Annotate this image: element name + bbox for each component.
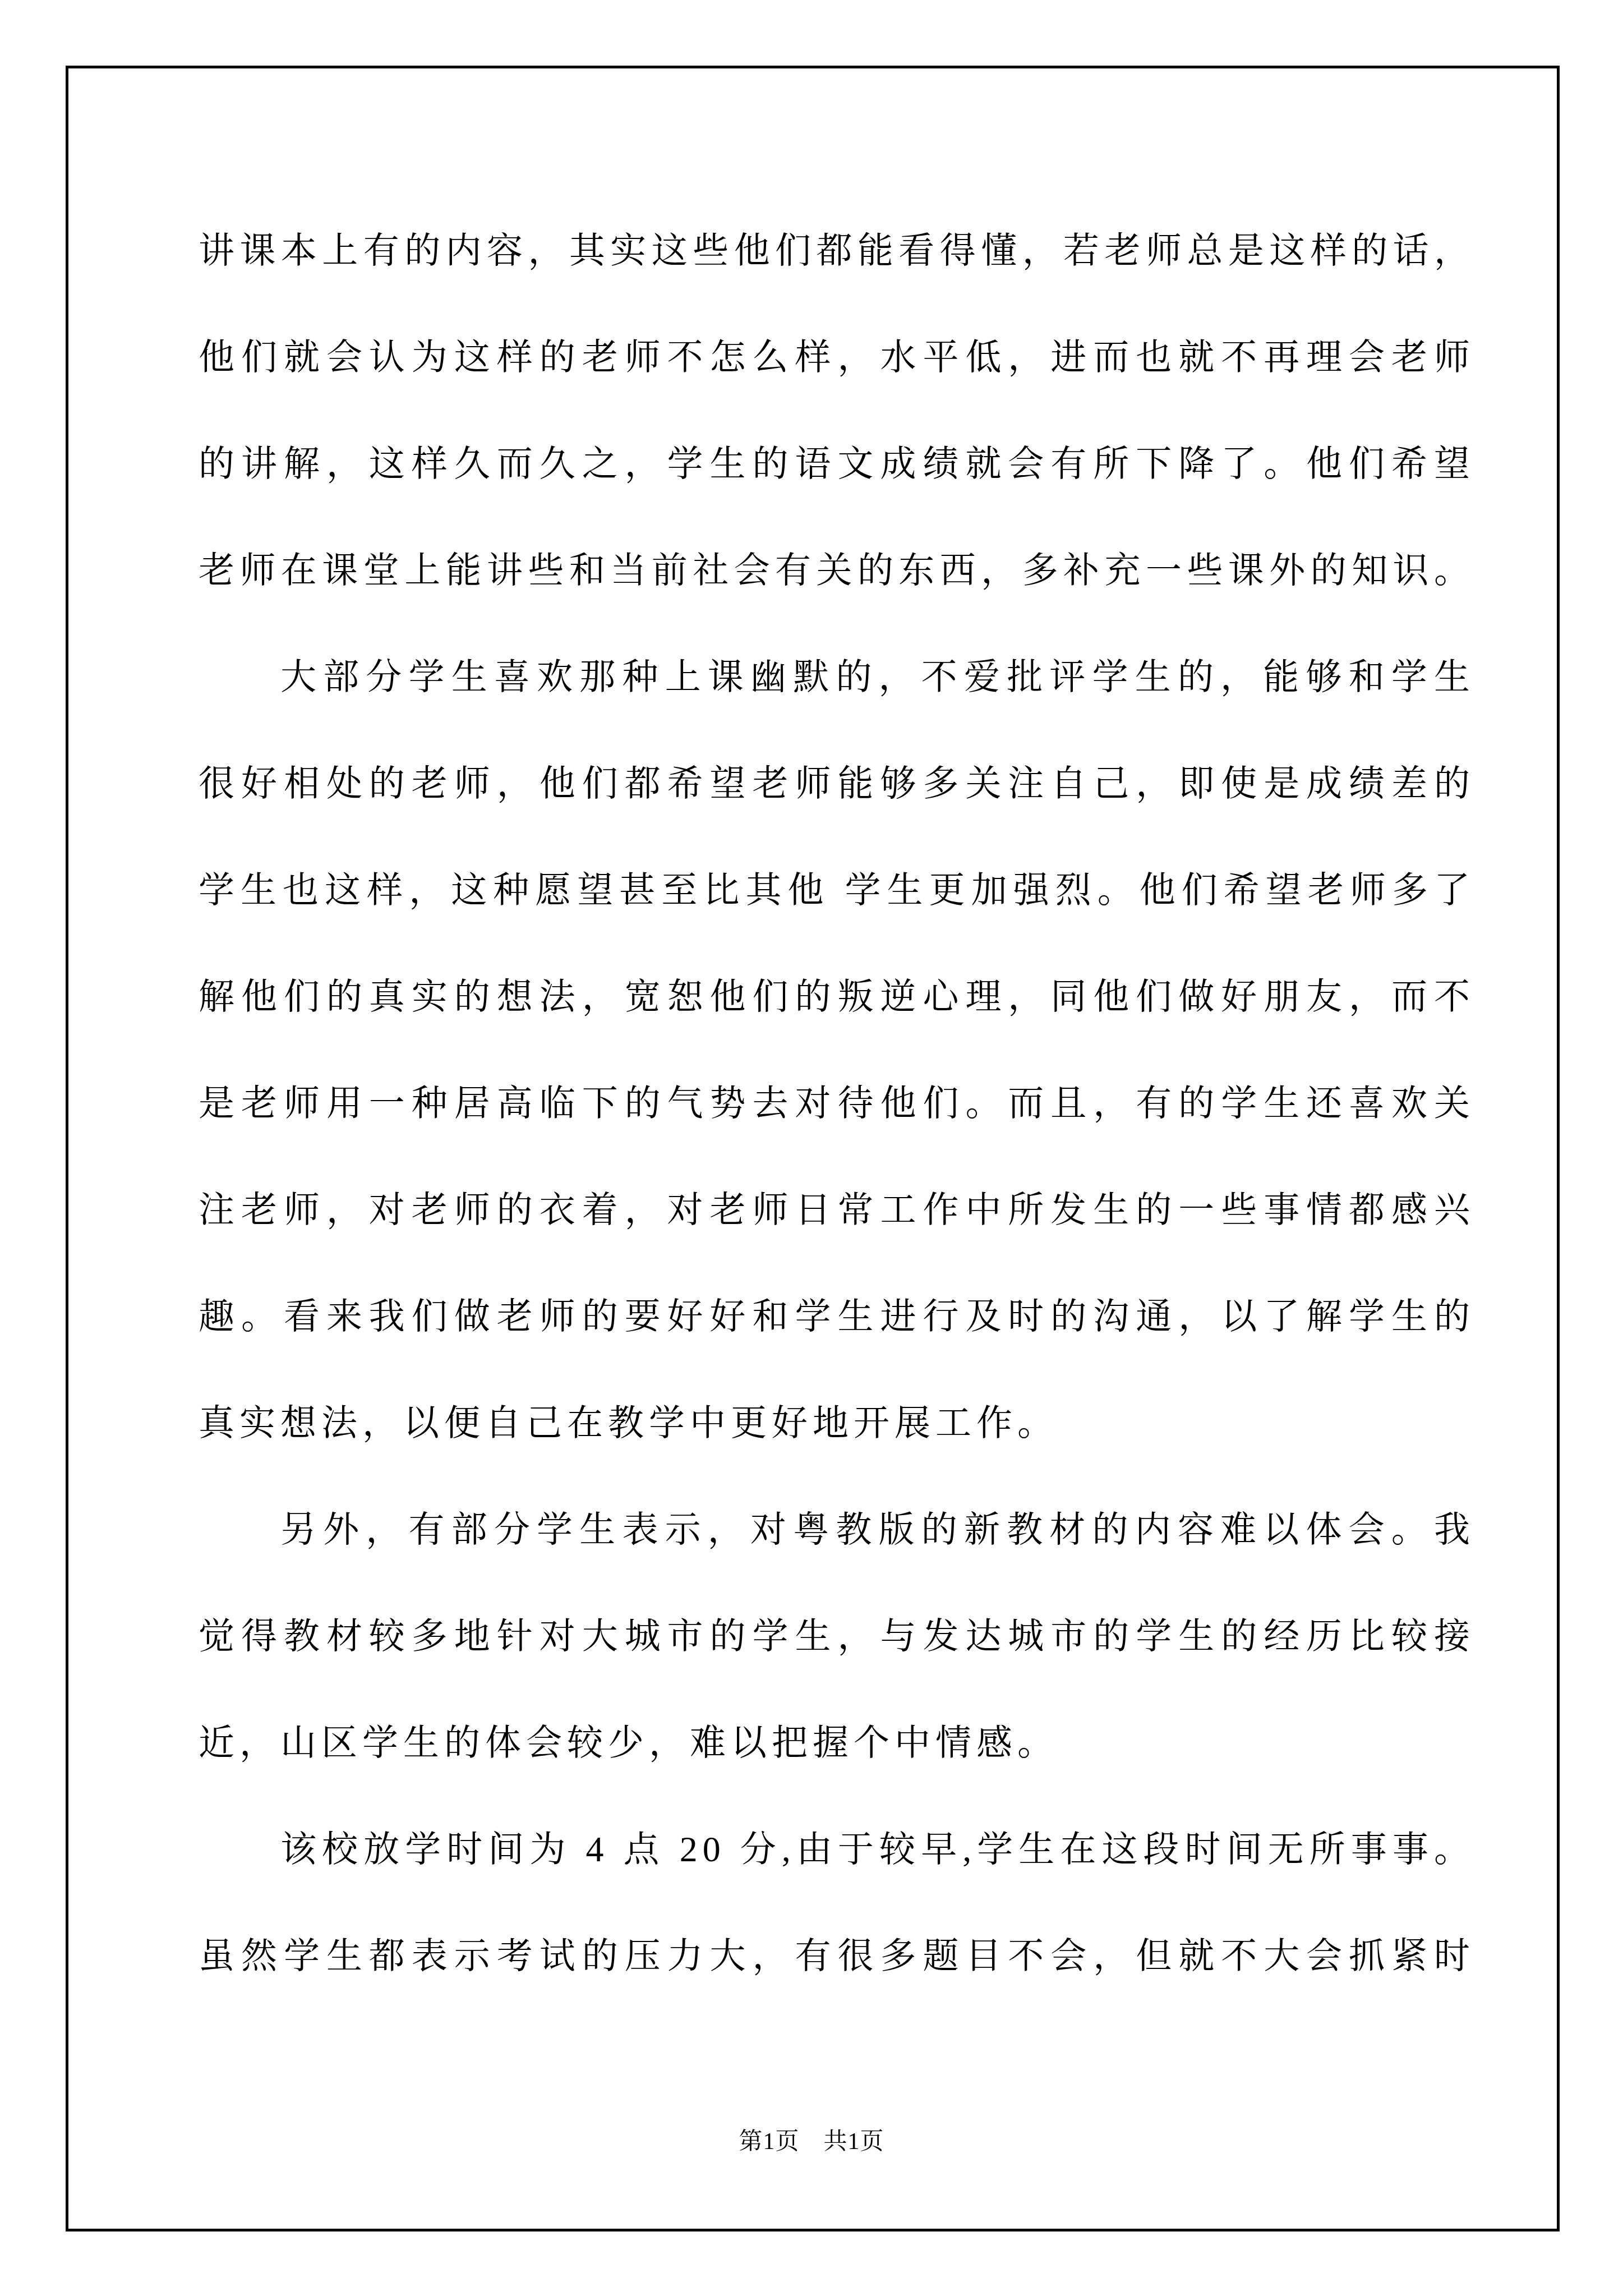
document-line: 近，山区学生的体会较少，难以把握个中情感。 — [199, 1690, 1475, 1796]
document-line: 趣。看来我们做老师的要好好和学生进行及时的沟通，以了解学生的 — [199, 1263, 1475, 1370]
document-line: 注老师，对老师的衣着，对老师日常工作中所发生的一些事情都感兴 — [199, 1157, 1475, 1263]
page-footer: 第1页共1页 — [0, 2127, 1623, 2156]
document-line: 大部分学生喜欢那种上课幽默的，不爱批评学生的，能够和学生 — [199, 624, 1475, 730]
document-line: 老师在课堂上能讲些和当前社会有关的东西，多补充一些课外的知识。 — [199, 517, 1475, 624]
document-line: 讲课本上有的内容，其实这些他们都能看得懂，若老师总是这样的话， — [199, 197, 1475, 304]
footer-page-number: 第1页 — [739, 2129, 799, 2155]
document-line: 他们就会认为这样的老师不怎么样，水平低，进而也就不再理会老师 — [199, 304, 1475, 411]
document-body-text: 讲课本上有的内容，其实这些他们都能看得懂，若老师总是这样的话，他们就会认为这样的… — [199, 197, 1475, 2009]
document-page: { "page": { "background": "#ffffff", "bo… — [0, 0, 1623, 2296]
document-line: 很好相处的老师，他们都希望老师能够多关注自己，即使是成绩差的 — [199, 730, 1475, 837]
footer-page-total: 共1页 — [824, 2129, 884, 2155]
document-line: 该校放学时间为 4 点 20 分,由于较早,学生在这段时间无所事事。 — [199, 1796, 1475, 1903]
document-line: 是老师用一种居高临下的气势去对待他们。而且，有的学生还喜欢关 — [199, 1050, 1475, 1157]
document-line: 真实想法，以便自己在教学中更好地开展工作。 — [199, 1370, 1475, 1476]
document-line: 学生也这样，这种愿望甚至比其他 学生更加强烈。他们希望老师多了 — [199, 837, 1475, 944]
document-line: 的讲解，这样久而久之，学生的语文成绩就会有所下降了。他们希望 — [199, 411, 1475, 517]
document-line: 另外，有部分学生表示，对粤教版的新教材的内容难以体会。我 — [199, 1476, 1475, 1583]
document-line: 觉得教材较多地针对大城市的学生，与发达城市的学生的经历比较接 — [199, 1583, 1475, 1690]
document-line: 解他们的真实的想法，宽恕他们的叛逆心理，同他们做好朋友，而不 — [199, 944, 1475, 1050]
document-line: 虽然学生都表示考试的压力大，有很多题目不会，但就不大会抓紧时 — [199, 1903, 1475, 2009]
